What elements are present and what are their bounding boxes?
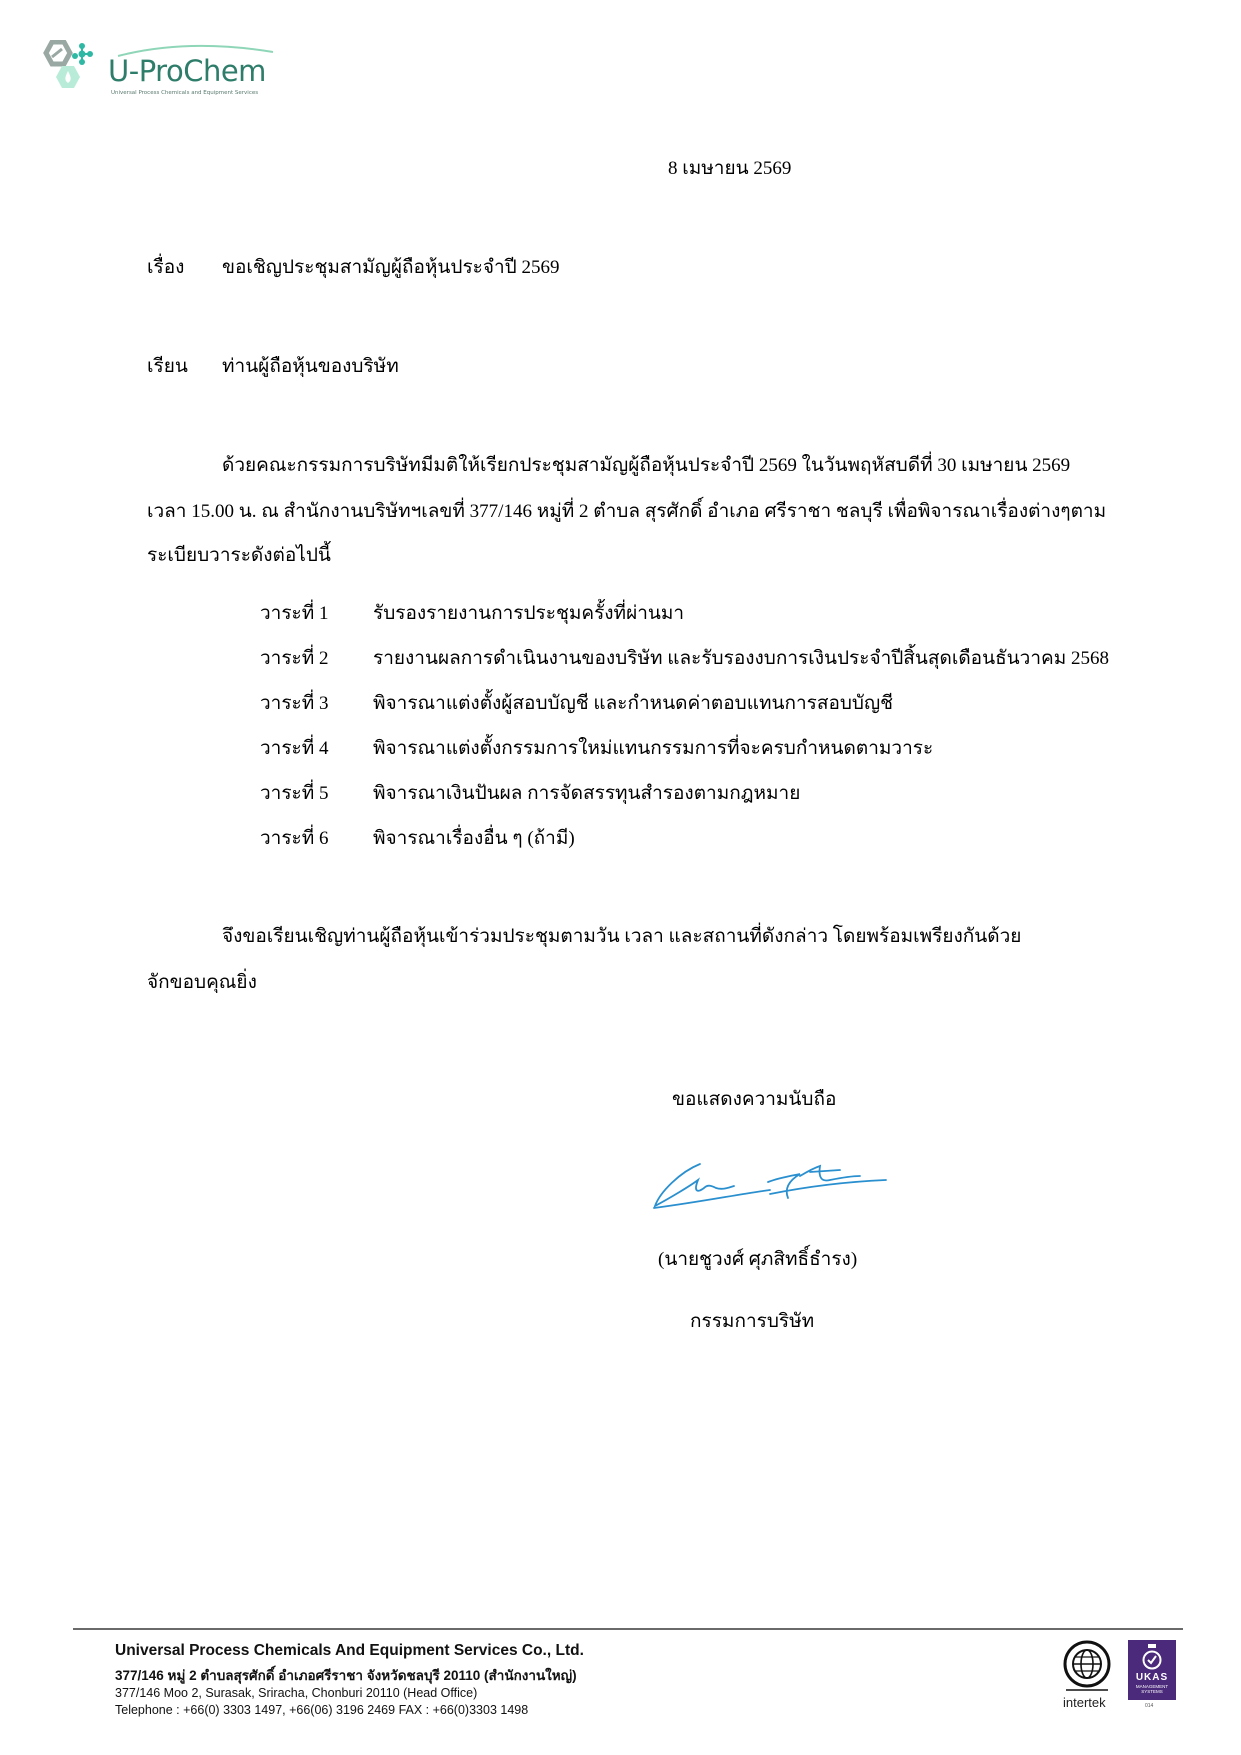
company-logo: U-ProChem Universal Process Chemicals an… [38, 40, 278, 102]
signature-image [650, 1158, 890, 1214]
footer-divider [73, 1628, 1183, 1630]
closing-line-1: จึงขอเรียนเชิญท่านผู้ถือหุ้นเข้าร่วมประช… [222, 927, 1021, 946]
footer-address-th: 377/146 หมู่ 2 ตำบลสุรศักดิ์ อำเภอศรีราช… [115, 1664, 577, 1686]
logo-tagline: Universal Process Chemicals and Equipmen… [111, 90, 258, 96]
agenda-label: วาระที่ 5 [260, 784, 329, 803]
agenda-text: พิจารณาเงินปันผล การจัดสรรทุนสำรองตามกฎห… [373, 784, 800, 803]
molecule-icon [38, 40, 108, 102]
letter-date: 8 เมษายน 2569 [668, 159, 791, 178]
closing-line-2: จักขอบคุณยิ่ง [147, 973, 257, 992]
logo-brand: U-ProChem [108, 54, 266, 88]
sign-off: ขอแสดงความนับถือ [672, 1090, 836, 1109]
agenda-label: วาระที่ 2 [260, 649, 329, 668]
agenda-label: วาระที่ 3 [260, 694, 329, 713]
agenda-text: รับรองรายงานการประชุมครั้งที่ผ่านมา [373, 604, 684, 623]
ukas-badge: UKAS MANAGEMENT SYSTEMS [1128, 1640, 1176, 1700]
crown-check-icon [1140, 1644, 1164, 1670]
agenda-label: วาระที่ 4 [260, 739, 329, 758]
agenda-text: พิจารณาเรื่องอื่น ๆ (ถ้ามี) [373, 829, 575, 848]
agenda-text: รายงานผลการดำเนินงานของบริษัท และรับรองง… [373, 649, 1109, 668]
ukas-number: 014 [1145, 1703, 1153, 1709]
ukas-subtitle: MANAGEMENT SYSTEMS [1128, 1684, 1176, 1695]
footer-address-en: 377/146 Moo 2, Surasak, Sriracha, Chonbu… [115, 1686, 477, 1700]
agenda-text: พิจารณาแต่งตั้งผู้สอบบัญชี และกำหนดค่าตอ… [373, 694, 893, 713]
intertek-logo: intertek [1063, 1695, 1106, 1710]
recipient-label: เรียน [147, 357, 188, 376]
agenda-label: วาระที่ 6 [260, 829, 329, 848]
body-line-1: ด้วยคณะกรรมการบริษัทมีมติให้เรียกประชุมส… [222, 456, 1070, 475]
body-line-2: เวลา 15.00 น. ณ สำนักงานบริษัทฯเลขที่ 37… [147, 502, 1106, 521]
subject-label: เรื่อง [147, 258, 184, 277]
agenda-text: พิจารณาแต่งตั้งกรรมการใหม่แทนกรรมการที่จ… [373, 739, 933, 758]
agenda-label: วาระที่ 1 [260, 604, 329, 623]
body-line-3: ระเบียบวาระดังต่อไปนี้ [147, 546, 331, 565]
globe-certification-icon [1060, 1640, 1118, 1692]
signer-title: กรรมการบริษัท [690, 1312, 814, 1331]
subject-text: ขอเชิญประชุมสามัญผู้ถือหุ้นประจำปี 2569 [222, 258, 560, 277]
footer-contact: Telephone : +66(0) 3303 1497, +66(06) 31… [115, 1703, 528, 1717]
recipient-text: ท่านผู้ถือหุ้นของบริษัท [222, 357, 399, 376]
footer-company: Universal Process Chemicals And Equipmen… [115, 1642, 584, 1660]
signer-name: (นายชูวงศ์ ศุภสิทธิ์ธำรง) [658, 1250, 857, 1269]
ukas-name: UKAS [1128, 1672, 1176, 1683]
